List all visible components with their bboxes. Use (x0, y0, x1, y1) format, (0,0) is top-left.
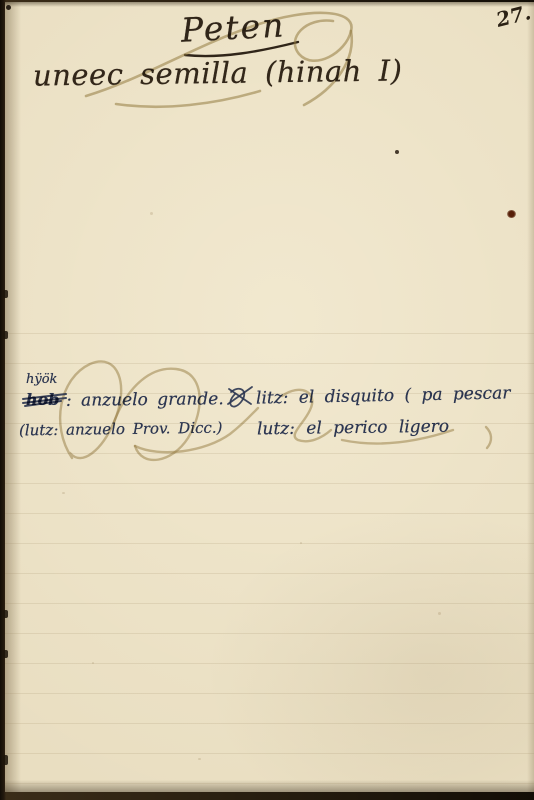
scanned-notebook-page: 27. Peten uneec semilla (hinah I) hÿök h… (0, 0, 534, 800)
page-title-handwriting: Peten (180, 5, 286, 49)
subtitle-handwriting: uneec semilla (hinah I) (33, 53, 403, 92)
gloss-left-line2: (lutz: anzuelo Prov. Dicc.) (19, 419, 223, 440)
entry-right-line2: lutz: el perico ligero (257, 417, 449, 440)
struck-out-word: hob (26, 390, 60, 409)
gloss-left-line1: : anzuelo grande. (66, 389, 224, 411)
inserted-correction-word: hÿök (26, 372, 57, 387)
